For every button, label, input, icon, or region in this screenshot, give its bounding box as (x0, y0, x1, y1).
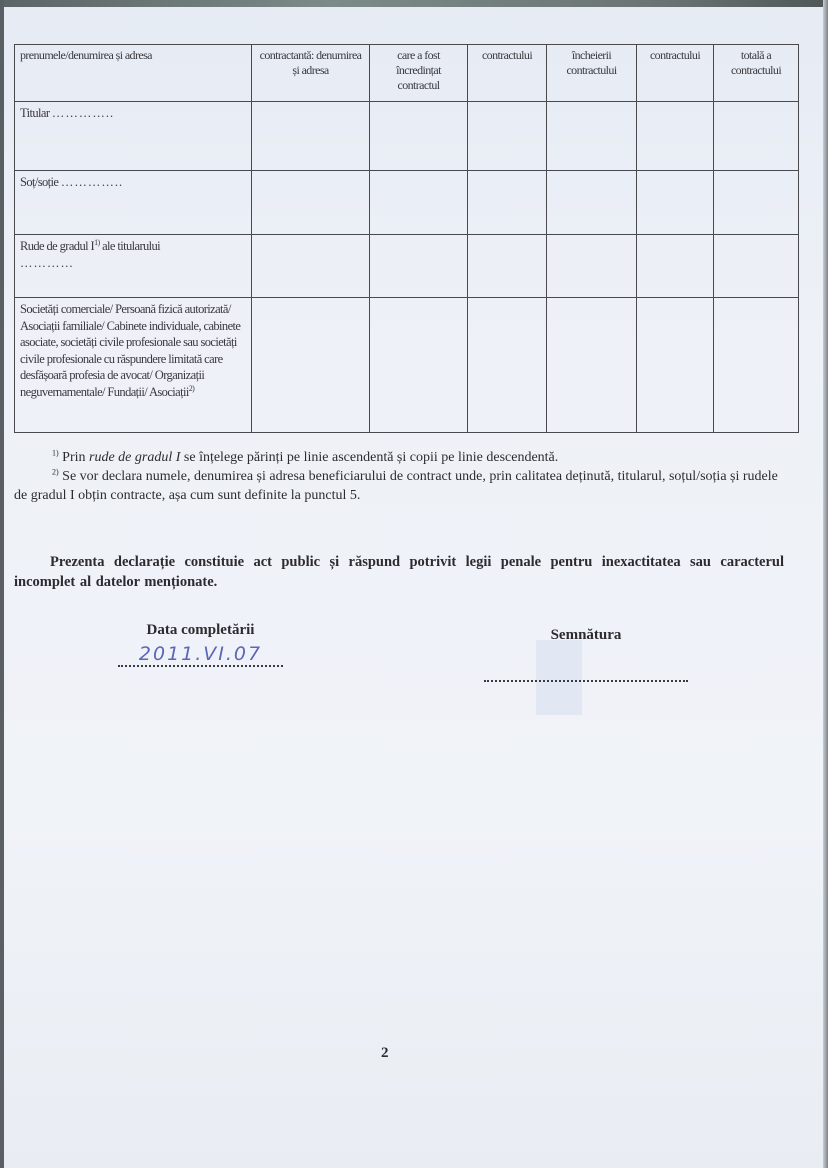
table-cell[interactable] (637, 102, 714, 171)
row-label-cell: Societăți comerciale/ Persoană fizică au… (15, 298, 252, 433)
footnote-marker: 1) (52, 448, 59, 457)
date-field[interactable]: 2011.VI.07 (118, 643, 283, 665)
table-cell[interactable] (370, 235, 468, 298)
header-cell: prenumele/denumirea și adresa (15, 45, 252, 102)
footnote-text: Prin (62, 450, 89, 465)
signature-label: Semnătura (484, 627, 688, 644)
table-cell[interactable] (468, 171, 547, 235)
footnote-ref: 2) (189, 383, 194, 392)
footnote-ref: 1) (94, 238, 99, 247)
scan-edge-right (823, 0, 828, 1168)
footnotes: 1) Prin rude de gradul I se înțelege păr… (14, 448, 784, 505)
signature-block: Semnătura (484, 627, 688, 682)
row-label: Rude de gradul I (20, 239, 94, 253)
table-cell[interactable] (370, 171, 468, 235)
date-block: Data completării 2011.VI.07 (118, 622, 283, 667)
row-label-cell: Soț/soție ………….. (15, 171, 252, 235)
table-cell[interactable] (252, 298, 370, 433)
header-cell: contractului (637, 45, 714, 102)
table-cell[interactable] (714, 298, 799, 433)
table-row-spouse: Soț/soție ………….. (15, 171, 799, 235)
table-cell[interactable] (547, 171, 637, 235)
table-cell[interactable] (252, 235, 370, 298)
page-number: 2 (381, 1045, 389, 1062)
row-label: Titular (20, 106, 49, 120)
table-header-row: prenumele/denumirea și adresa contractan… (15, 45, 799, 102)
table-cell[interactable] (547, 235, 637, 298)
table-row-titular: Titular ………….. (15, 102, 799, 171)
table-cell[interactable] (637, 171, 714, 235)
footnote-2: 2) Se vor declara numele, denumirea și a… (14, 467, 784, 505)
row-label-cell: Titular ………….. (15, 102, 252, 171)
table-cell[interactable] (714, 235, 799, 298)
footnote-1: 1) Prin rude de gradul I se înțelege păr… (14, 448, 784, 467)
table-cell[interactable] (252, 102, 370, 171)
fill-dots: ………….. (52, 106, 114, 120)
table-cell[interactable] (468, 102, 547, 171)
table-cell[interactable] (637, 298, 714, 433)
row-label-cell: Rude de gradul I1) ale titularului………… (15, 235, 252, 298)
scan-edge-top (0, 0, 828, 7)
header-cell: contractantă: denumirea și adresa (252, 45, 370, 102)
footnote-italic: rude de gradul I (89, 450, 180, 465)
table-row-relatives: Rude de gradul I1) ale titularului………… (15, 235, 799, 298)
table-cell[interactable] (547, 102, 637, 171)
row-label: Soț/soție (20, 175, 58, 189)
table-cell[interactable] (252, 171, 370, 235)
footnote-marker: 2) (52, 467, 59, 476)
header-cell: încheierii contractului (547, 45, 637, 102)
table-cell[interactable] (714, 102, 799, 171)
date-label: Data completării (118, 622, 283, 639)
fill-dots: ………… (20, 256, 74, 270)
statement-text: Prezenta declarație constituie act publi… (14, 554, 784, 590)
header-cell: totală a contractului (714, 45, 799, 102)
header-cell: contractului (468, 45, 547, 102)
table-cell[interactable] (637, 235, 714, 298)
footnote-text: se înțelege părinți pe linie ascendentă … (180, 450, 558, 465)
footnote-text: Se vor declara numele, denumirea și adre… (14, 469, 778, 503)
table-cell[interactable] (370, 298, 468, 433)
legal-statement: Prezenta declarație constituie act publi… (14, 552, 784, 592)
row-label-suffix: ale titularului (102, 239, 160, 253)
scan-edge-left (0, 0, 4, 1168)
row-label: Societăți comerciale/ Persoană fizică au… (20, 302, 240, 399)
table-cell[interactable] (468, 235, 547, 298)
signature-field[interactable] (484, 678, 688, 682)
fill-dots: ………….. (61, 175, 123, 189)
header-cell: care a fost încredințat contractul (370, 45, 468, 102)
table-row-organizations: Societăți comerciale/ Persoană fizică au… (15, 298, 799, 433)
table-cell[interactable] (547, 298, 637, 433)
table-cell[interactable] (370, 102, 468, 171)
table-cell[interactable] (468, 298, 547, 433)
table-cell[interactable] (714, 171, 799, 235)
contracts-table: prenumele/denumirea și adresa contractan… (14, 44, 799, 433)
